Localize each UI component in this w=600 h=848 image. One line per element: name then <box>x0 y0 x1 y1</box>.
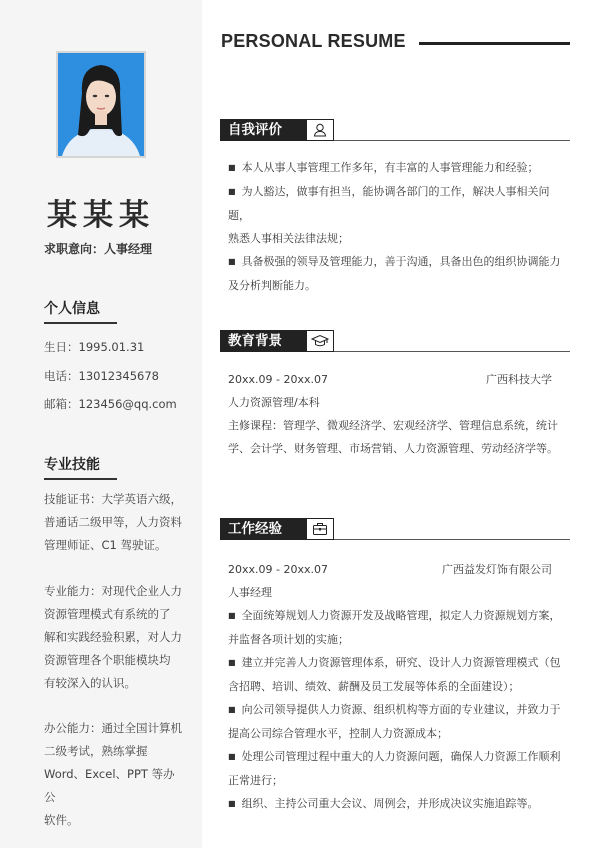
section-header-work: 工作经验 <box>220 518 570 540</box>
work-content: 20xx.09 - 20xx.07 广西益发灯饰有限公司 人事经理 全面统筹规划… <box>228 558 568 816</box>
company-name: 广西益发灯饰有限公司 <box>442 558 568 581</box>
skills-professional: 专业能力：对现代企业人力 资源管理模式有系统的了 解和实践经验积累，对人力 资源… <box>44 580 184 695</box>
section-rule <box>334 140 570 141</box>
page-title: PERSONAL RESUME <box>221 31 406 52</box>
graduation-cap-icon <box>306 330 334 352</box>
education-row: 20xx.09 - 20xx.07 广西科技大学 <box>228 368 568 391</box>
work-line: 提高公司综合管理水平，控制人力资源成本； <box>228 722 568 745</box>
work-line: 正常进行； <box>228 769 568 792</box>
profile-photo <box>56 51 146 158</box>
skills-line: 软件。 <box>44 809 184 832</box>
work-period: 20xx.09 - 20xx.07 <box>228 558 328 581</box>
skills-certificates: 技能证书：大学英语六级， 普通话二级甲等，人力资料 管理师证、C1 驾驶证。 <box>44 488 184 557</box>
job-position: 人事经理 <box>228 581 568 604</box>
section-rule <box>334 539 570 540</box>
education-period: 20xx.09 - 20xx.07 <box>228 368 328 391</box>
skills-heading: 专业技能 <box>44 454 100 474</box>
work-line: 组织、主持公司重大会议、周例会，并形成决议实施追踪等。 <box>228 792 568 816</box>
skills-line: 有较深入的认识。 <box>44 672 184 695</box>
job-intent: 求职意向：人事经理 <box>44 240 152 257</box>
section-header-education: 教育背景 <box>220 330 570 352</box>
work-line: 并监督各项计划的实施； <box>228 628 568 651</box>
skills-line: 二级考试，熟练掌握 <box>44 740 184 763</box>
personal-info-rule <box>44 322 117 324</box>
skills-line: Word、Excel、PPT 等办公 <box>44 763 184 809</box>
sidebar: 某某某 求职意向：人事经理 个人信息 生日：1995.01.31 电话：1301… <box>0 0 202 848</box>
briefcase-icon <box>306 518 334 540</box>
skills-rule <box>44 478 117 480</box>
section-rule <box>334 351 570 352</box>
education-content: 20xx.09 - 20xx.07 广西科技大学 人力资源管理/本科 主修课程：… <box>228 368 568 460</box>
self-eval-content: 本人从事人事管理工作多年，有丰富的人事管理能力和经验； 为人豁达，做事有担当，能… <box>228 156 568 297</box>
work-row: 20xx.09 - 20xx.07 广西益发灯饰有限公司 <box>228 558 568 581</box>
skills-line: 资源管理各个职能模块均 <box>44 649 184 672</box>
section-header-self-eval: 自我评价 <box>220 119 570 141</box>
phone: 电话：13012345678 <box>44 362 184 391</box>
courses-line: 主修课程：管理学、微观经济学、宏观经济学、管理信息系统，统计 <box>228 414 568 437</box>
work-line: 全面统筹规划人力资源开发及战略管理，拟定人力资源规划方案， <box>228 604 568 628</box>
section-title: 工作经验 <box>220 518 306 540</box>
skills-line: 专业能力：对现代企业人力 <box>44 580 184 603</box>
skills-line: 普通话二级甲等，人力资料 <box>44 511 184 534</box>
work-line: 建立并完善人力资源管理体系，研究、设计人力资源管理模式（包 <box>228 651 568 675</box>
personal-info-heading: 个人信息 <box>44 298 100 318</box>
skills-line: 资源管理模式有系统的了 <box>44 603 184 626</box>
candidate-name: 某某某 <box>0 190 202 234</box>
email: 邮箱：123456@qq.com <box>44 390 184 419</box>
skills-line: 办公能力：通过全国计算机 <box>44 717 184 740</box>
self-eval-line: 熟悉人事相关法律法规； <box>228 227 568 250</box>
section-title: 教育背景 <box>220 330 306 352</box>
work-line: 处理公司管理过程中重大的人力资源问题，确保人力资源工作顺利 <box>228 745 568 769</box>
major: 人力资源管理/本科 <box>228 391 568 414</box>
work-line: 向公司领导提供人力资源、组织机构等方面的专业建议，并致力于 <box>228 698 568 722</box>
school-name: 广西科技大学 <box>486 368 568 391</box>
section-title: 自我评价 <box>220 119 306 141</box>
skills-line: 管理师证、C1 驾驶证。 <box>44 534 184 557</box>
courses-line: 学、会计学、财务管理、市场营销、人力资源管理、劳动经济学等。 <box>228 437 568 460</box>
skills-line: 技能证书：大学英语六级， <box>44 488 184 511</box>
title-rule <box>419 42 570 45</box>
self-eval-line: 具备极强的领导及管理能力，善于沟通，具备出色的组织协调能力 <box>228 250 568 274</box>
self-eval-line: 及分析判断能力。 <box>228 274 568 297</box>
self-eval-line: 为人豁达，做事有担当，能协调各部门的工作，解决人事相关问题， <box>228 180 568 227</box>
self-eval-line: 本人从事人事管理工作多年，有丰富的人事管理能力和经验； <box>228 156 568 180</box>
work-line: 含招聘、培训、绩效、薪酬及员工发展等体系的全面建设）； <box>228 675 568 698</box>
skills-office: 办公能力：通过全国计算机 二级考试，熟练掌握 Word、Excel、PPT 等办… <box>44 717 184 832</box>
person-icon <box>306 119 334 141</box>
personal-info-list: 生日：1995.01.31 电话：13012345678 邮箱：123456@q… <box>44 333 184 419</box>
skills-line: 解和实践经验积累，对人力 <box>44 626 184 649</box>
birthday: 生日：1995.01.31 <box>44 333 184 362</box>
